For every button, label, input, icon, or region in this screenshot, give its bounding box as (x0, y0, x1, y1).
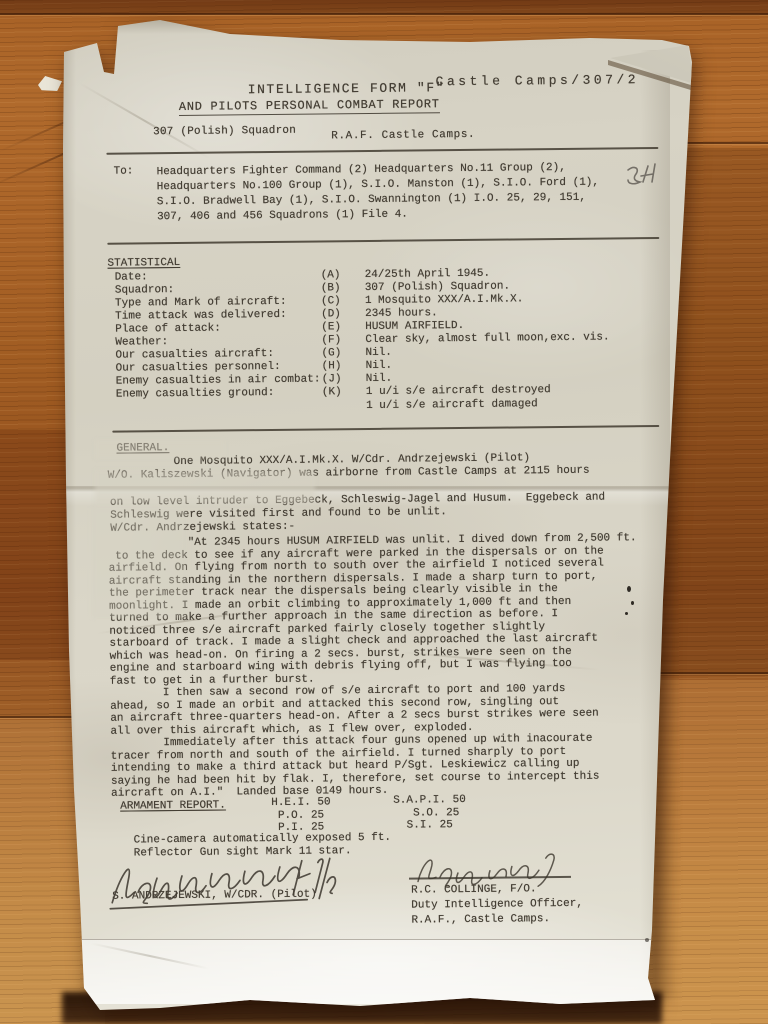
faded-text-patch (95, 440, 225, 458)
to-address-lines: Headquarters Fighter Command (2) Headqua… (157, 161, 600, 226)
fold-crease-bottom (62, 939, 662, 1004)
stat-extra-value: 1 u/i s/e aircraft damaged (366, 398, 538, 413)
pencil-mark (622, 162, 664, 190)
stat-letter: (D) (321, 308, 341, 320)
to-label: To: (114, 165, 134, 178)
pilot-statement: "At 2345 hours HUSUM AIRFIELD was unlit.… (108, 532, 639, 800)
paper-sheet-wrap: Castle Camps/307/2 INTELLIGENCE FORM "F"… (0, 0, 768, 1024)
divider-rule (106, 147, 658, 155)
stat-label: Date: (115, 271, 148, 283)
stat-value: 2345 hours. (365, 307, 438, 320)
stat-value: Nil. (366, 360, 393, 372)
stat-letter: (G) (321, 347, 341, 359)
stat-value: 24/25th April 1945. (365, 268, 491, 281)
divider-rule (112, 425, 659, 433)
stat-letter: (E) (321, 321, 341, 333)
stat-letter: (A) (321, 269, 341, 281)
armament-heading: ARMAMENT REPORT. (120, 800, 226, 814)
statistical-heading: STATISTICAL (107, 257, 180, 271)
stat-label: Time attack was delivered: (115, 309, 287, 323)
ink-speck (627, 586, 631, 592)
faded-text-patch (95, 470, 315, 504)
stat-label: Squadron: (115, 284, 175, 297)
stat-letter: (C) (321, 295, 341, 307)
paper-sheet: Castle Camps/307/2 INTELLIGENCE FORM "F"… (0, 0, 768, 1024)
stat-value: HUSUM AIRFIELD. (365, 320, 464, 333)
corner-fold (0, 0, 768, 120)
divider-rule (107, 237, 659, 245)
squadron-name: 307 (Polish) Squadron (153, 125, 296, 139)
stat-value: 1 u/i s/e aircraft destroyed (366, 384, 551, 398)
photo-of-combat-report: Castle Camps/307/2 INTELLIGENCE FORM "F"… (0, 0, 768, 1024)
pilot-signature (102, 846, 353, 919)
ink-speck (631, 601, 634, 605)
stat-label: Type and Mark of aircraft: (115, 296, 287, 310)
stat-letter: (J) (322, 373, 342, 385)
faded-text-patch (92, 508, 187, 618)
armament-left-column: H.E.I. 50 P.O. 25 P.I. 25 (271, 796, 331, 834)
stat-label: Our casualties aircraft: (115, 348, 274, 362)
stat-label: Place of attack: (115, 323, 221, 336)
stat-value: Nil. (366, 373, 393, 385)
camera-note: Cine-camera automatically exposed 5 ft. (134, 832, 392, 848)
stat-label: Our casualties personnel: (116, 361, 281, 375)
io-signature-typed-lines: R.C. COLLINGE, F/O. Duty Intelligence Of… (411, 882, 583, 929)
stat-label: Enemy casualties in air combat: (116, 373, 321, 387)
stat-label: Weather: (115, 336, 168, 349)
stat-letter: (K) (322, 386, 342, 398)
ink-speck (625, 612, 628, 615)
stat-value: 1 Mosquito XXX/A.I.Mk.X. (365, 293, 524, 307)
stat-letter: (B) (321, 282, 341, 294)
station-name: R.A.F. Castle Camps. (331, 129, 475, 144)
ink-speck (645, 938, 649, 942)
stat-letter: (H) (322, 360, 342, 372)
armament-right-column: S.A.P.I. 50 S.O. 25 S.I. 25 (393, 794, 466, 832)
stat-value: 307 (Polish) Squadron. (365, 280, 510, 294)
corner-fold-flap (0, 0, 768, 120)
pilot-signature-typed: S. ANDRZEJEWSKI, W/CDR. (Pilot) (112, 889, 317, 904)
stat-value: Nil. (365, 347, 392, 359)
stat-label: Enemy casualties ground: (116, 387, 275, 401)
stat-value: Clear sky, almost full moon,exc. vis. (365, 331, 609, 346)
stat-letter: (F) (321, 334, 341, 346)
